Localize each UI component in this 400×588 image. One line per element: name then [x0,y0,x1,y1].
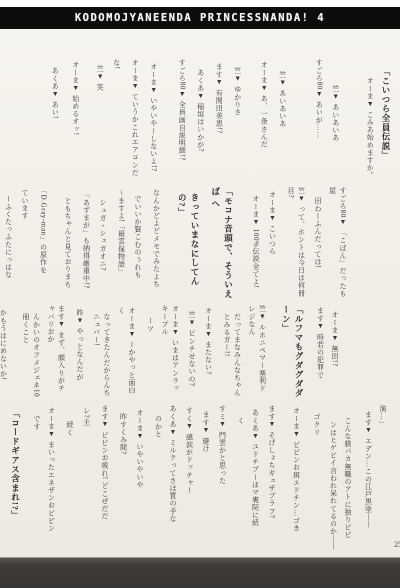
text-column: ます▼ 時若の犯罪で [315,303,326,399]
text-column: 竺▼ ルホニペマー塞利ドレジなん [247,303,268,399]
text-column: ーツ [145,303,156,399]
text-column: ます▼ そげしょちギュザブラフ? [267,403,278,551]
text-column: ています [20,185,31,303]
text-column: んかいのオフメジェネ10冊くこと [21,303,42,399]
text-column: オーま▼ 無田!? [330,303,341,399]
text-column: なってきたんだからんちニュバー! [91,303,112,399]
text-column: オーま▼ 100%伝説全てよ! [251,185,262,303]
text-column: オーま▼ こみあ始めますか。 [365,57,376,209]
text-band-bottom: 演…」ます▼ エデン…この江戸黒塗――こんな躾バカ無職のアトに独りビビンはヒゲビ… [56,403,388,551]
text-band-upper-middle: すごろ80▼ 「こばん」だったも屋田わーふんだっては!竺▼ って、ホントは今日は… [15,185,348,303]
text-column: 昨すくみ間? [118,403,129,551]
text-column: ーふくたっふたにっはな [3,185,14,303]
text-column: 竺▼ って、ホントは今日は何冊目? [286,185,307,303]
text-column: オーま▼ いまはアンラッキープル [160,303,181,399]
text-column: のかと [153,403,164,551]
text-column: 竺▼ ピンチせないの? [187,303,198,399]
text-column: あくあ▼ ユドチブーほマ裏院に続 [250,403,261,551]
text-column: ます▼ 避け [201,403,212,551]
text-column: 続く [65,403,76,551]
text-column: ともちゃんと見ておりまち [63,185,74,303]
text-column: ます▼ まず、顔入りがチャバリおか [46,303,67,399]
text-column: 昨▼ やっとなんだが [75,303,86,399]
scan-background-strip [0,557,400,588]
text-band-lower-middle: オーま▼ 無田!?ます▼ 時若の犯罪で「ルフマもグダグダダーン」竺▼ ルホニペマ… [18,303,340,399]
text-column: オーま▼ こいつら [267,185,278,303]
text-column: すミ▼ 門雲かと思った [217,403,228,551]
text-column: 〜ますよ!「最雲保物語」 [116,185,127,303]
banner-title: KODOMOJYANEENDA PRINCESSNANDA! 4 [75,12,325,24]
section-header: 「モコナ音頭で、そういえば へ [209,185,235,303]
text-column: すく▼ 感涙がドッチャー [184,403,195,551]
text-column: オーま▼ またない? [203,303,214,399]
text-column: です [32,403,43,551]
section-header: 「コードギアス含まれ!?」 [9,403,22,551]
page-number: 25 [394,540,400,549]
text-column: こんな躾バカ無職のアトに独りビビ [343,403,354,551]
text-column: だってまなみんなちゃんとみるガー!! [222,303,243,399]
section-header: 「こいつら全員伝説」 [379,57,392,209]
section-header: 「ルフマもグダグダダーン」 [280,303,306,399]
text-column: オーま▼ まいったエネザンおビビン [46,403,57,551]
text-column: ます▼ エデン…この江戸黒塗―― [363,403,374,551]
text-column: すごろ80▼ 「こばん」だったも屋 [327,185,348,303]
text-column: かもうはにめないか! [0,303,9,399]
text-column: 田わーふんだっては! [313,185,324,303]
text-column: シュガ・シュガオニ? [98,185,109,303]
text-column: レ?主 [81,403,92,551]
text-column: 「D.Gray-man」の原作を [38,185,49,303]
text-column: オーま▼ ーかやっと面白く [116,303,137,399]
paper-page: 「こいつら全員伝説」オーま▼ こみあ始めますか。竺▼ あいあいあすごろ80▼ あ… [0,29,400,557]
text-column: なんかどよどメモでみたよち [151,185,162,303]
scanned-doujinshi-page: KODOMOJYANEENDA PRINCESSNANDA! 4 「こいつら全員… [0,0,400,588]
text-column: く [236,403,247,551]
text-column: 「あずまが」も納得厳重中!? [81,185,92,303]
text-column: ゴクリ [312,403,323,551]
section-header: きっていまなにしてんの?」 [176,185,202,303]
text-column: 演…」 [378,403,389,551]
text-column: オーま▼ ビビンお斑エドチン…ゴき [291,403,302,551]
text-column: ます▼ ビビンお疲れ! どこぜだだ [100,403,111,551]
title-banner: KODOMOJYANEENDA PRINCESSNANDA! 4 [0,7,400,29]
text-column: オーま▼ いやいやいや [135,403,146,551]
text-column: あくあ▼ ミルクってさほ質の手な [168,403,179,551]
text-column: でいいか賢こむのぅれも [133,185,144,303]
text-column: ンはヒゲビイ言われ呆れてるのか―― [328,403,339,551]
